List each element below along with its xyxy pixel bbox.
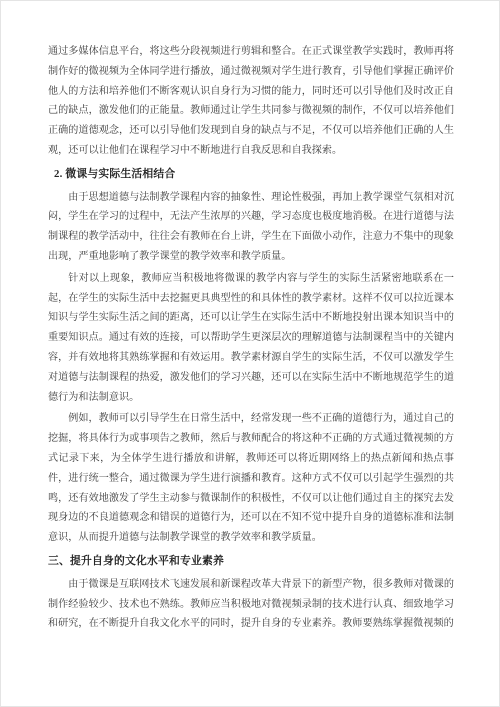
body-paragraph-sec2-2: 针对以上现象，教师应当积极地将微课的教学内容与学生的实际生活紧密地联系在一起，在… bbox=[48, 269, 454, 408]
body-paragraph-sec3-1: 由于微课是互联网技术飞速发展和新课程改革大背景下的新型产物，很多教师对微课的制作… bbox=[48, 575, 454, 634]
document-text-block: 通过多媒体信息平台，将这些分段视频进行剪辑和整合。在正式课堂教学实践时，教师再将… bbox=[48, 42, 454, 636]
body-paragraph-intro: 通过多媒体信息平台，将这些分段视频进行剪辑和整合。在正式课堂教学实践时，教师再将… bbox=[48, 42, 454, 161]
section-heading-2: 2. 微课与实际生活相结合 bbox=[48, 165, 454, 185]
body-paragraph-sec2-3: 例如，教师可以引导学生在日常生活中，经常发现一些不正确的道德行为，通过自己的挖掘… bbox=[48, 409, 454, 548]
section-heading-3: 三、提升自身的文化水平和专业素养 bbox=[48, 552, 454, 572]
body-paragraph-sec2-1: 由于思想道德与法制教学课程内容的抽象性、理论性极强，再加上教学课堂气氛相对沉闷，… bbox=[48, 188, 454, 267]
document-page: 通过多媒体信息平台，将这些分段视频进行剪辑和整合。在正式课堂教学实践时，教师再将… bbox=[0, 0, 500, 707]
